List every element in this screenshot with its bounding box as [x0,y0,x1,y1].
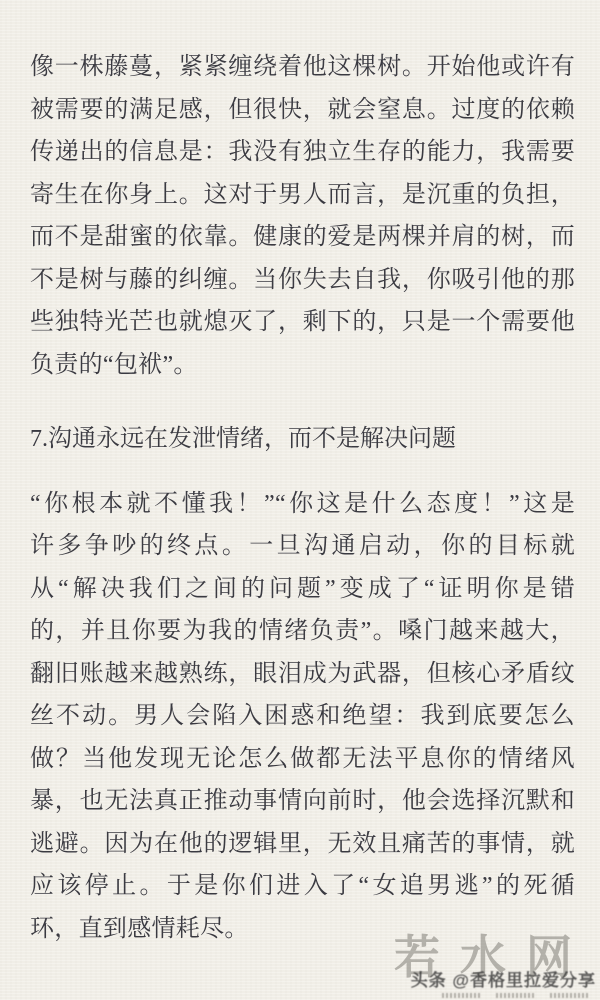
text-line: 做？当他发现无论怎么做都无法平息你的情绪风 [30,738,575,781]
text-line: 传递出的信息是：我没有独立生存的能力，我需要 [30,131,575,174]
text-line: 暴，也无法真正推动事情向前时，他会选择沉默和 [30,780,575,823]
text-line: 丝不动。男人会陷入困惑和绝望：我到底要怎么 [30,695,575,738]
text-line: 被需要的满足感，但很快，就会窒息。过度的依赖 [30,89,575,132]
text-line: 些独特光芒也就熄灭了，剩下的，只是一个需要他 [30,301,575,344]
text-line: 像一株藤蔓，紧紧缠绕着他这棵树。开始他或许有 [30,46,575,89]
text-line: 逃避。因为在他的逻辑里，无效且痛苦的事情，就 [30,823,575,866]
text-line: 从“解决我们之间的问题”变成了“证明你是错 [30,568,575,611]
text-line: “你根本就不懂我！”“你这是什么态度！”这是 [30,483,575,526]
text-line: 寄生在你身上。这对于男人而言，是沉重的负担， [30,174,575,217]
paragraph-1: 像一株藤蔓，紧紧缠绕着他这棵树。开始他或许有 被需要的满足感，但很快，就会窒息。… [30,46,575,386]
section-heading: 7.沟通永远在发泄情绪，而不是解决问题 [30,418,575,461]
text-line: 翻旧账越来越熟练，眼泪成为武器，但核心矛盾纹 [30,653,575,696]
text-line: 许多争吵的终点。一旦沟通启动，你的目标就 [30,525,575,568]
text-line: 负责的“包袱”。 [30,344,575,387]
text-line: 的，并且你要为我的情绪负责”。嗓门越来越大， [30,610,575,653]
tiny-mark [496,993,534,998]
watermark-tiny-marks [442,993,588,998]
tiny-mark [550,993,588,998]
watermark-credit: 头条 @香格里拉爱分享 [411,966,596,991]
watermark: 若水网 头条 @香格里拉爱分享 [400,925,600,1000]
tiny-mark [442,993,480,998]
article-page: 像一株藤蔓，紧紧缠绕着他这棵树。开始他或许有 被需要的满足感，但很快，就会窒息。… [0,0,600,1000]
text-line: 而不是甜蜜的依靠。健康的爱是两棵并肩的树，而 [30,216,575,259]
text-line: 应该停止。于是你们进入了“女追男逃”的死循 [30,865,575,908]
text-line: 不是树与藤的纠缠。当你失去自我，你吸引他的那 [30,259,575,302]
paragraph-2: “你根本就不懂我！”“你这是什么态度！”这是 许多争吵的终点。一旦沟通启动，你的… [30,483,575,951]
